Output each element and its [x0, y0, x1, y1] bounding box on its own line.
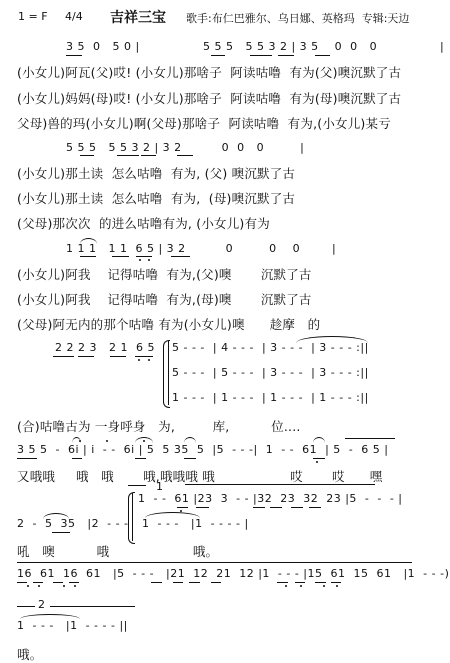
underline	[295, 582, 305, 583]
volta-2-bracket	[17, 606, 35, 607]
lyric-line: 又哦哦 哦 哦 哦,哦哦哦 哦 哎 哎 嘿	[17, 467, 382, 485]
underline	[52, 532, 70, 533]
underline	[80, 155, 94, 156]
underline	[211, 582, 221, 583]
notation-lead-4: 2 2 2 3 2 1 6 5	[55, 341, 155, 354]
slur-line	[345, 438, 395, 439]
notation-line-3: 1 1 1 1 1 6 5 | 3 2 0 0 0 |	[66, 242, 336, 255]
volta-2-label: 2	[38, 598, 46, 611]
underline	[270, 507, 282, 508]
volta-1-extension	[17, 562, 412, 563]
underline	[171, 256, 190, 257]
lyric-line: 哦。	[17, 645, 42, 663]
notation-line-8: 1 - - - |1 - - - - ||	[17, 619, 128, 632]
underline	[291, 507, 303, 508]
underline	[313, 458, 325, 459]
low-dot	[148, 259, 150, 261]
lyric-line-chorus: (合)咕噜古为 一身呼身 为, 库, 位....	[17, 417, 301, 435]
underline	[250, 55, 272, 56]
underline	[72, 458, 82, 459]
low-dot	[138, 359, 140, 361]
lyric-line: (小女儿)那土读 怎么咕噜 有为, (父) 噢沉默了古	[17, 164, 295, 182]
volta-1-bracket	[128, 485, 146, 486]
underline	[141, 155, 156, 156]
high-dot	[106, 440, 108, 442]
low-dot	[38, 585, 40, 587]
lyric-line: (小女儿)妈妈(母)哎! (小女儿)那啥子 阿读咕噜 有为(母)噢沉默了古	[17, 89, 401, 107]
lyric-line: (小女儿)那土读 怎么咕噜 有为, (母)噢沉默了古	[17, 189, 295, 207]
underline	[78, 356, 94, 357]
volta-2-bracket-line	[50, 606, 135, 607]
song-title: 吉祥三宝	[110, 7, 166, 27]
low-dot	[27, 585, 29, 587]
key-signature: 1 = F	[18, 10, 48, 23]
underline	[315, 582, 326, 583]
barline: |	[440, 40, 444, 53]
low-dot	[285, 585, 287, 587]
song-credits: 歌手:布仁巴雅尔、乌日娜、英格玛 专辑:天边	[186, 10, 409, 26]
low-dot	[148, 359, 150, 361]
underline	[66, 55, 82, 56]
underline	[110, 356, 126, 357]
underline	[196, 507, 209, 508]
underline	[315, 55, 330, 56]
staff-bracket-line	[132, 493, 133, 541]
low-dot	[63, 585, 65, 587]
underline	[17, 582, 27, 583]
lyric-line: (小女儿)阿我 记得咕噜 有为,(父)噢 沉默了古	[17, 265, 312, 283]
low-dot	[316, 461, 318, 463]
underline	[189, 582, 200, 583]
underline	[151, 582, 162, 583]
underline	[184, 458, 196, 459]
lyric-line: (父母)阿无内的那个咕噜 有为(小女儿)噢 趁摩 的	[17, 315, 320, 333]
underline	[135, 356, 153, 357]
notation-line-7: 16 61 16 61 |5 - - - |21 12 21 12 |1 - -…	[17, 567, 450, 580]
underline	[135, 458, 146, 459]
underline	[277, 582, 288, 583]
notation-line-1b: 5 5 5 5 5 3 2 | 3 5 0 0 0	[203, 40, 377, 53]
notation-line-1a: 3 5 0 5 0 |	[66, 40, 140, 53]
underline	[177, 155, 193, 156]
underline	[69, 582, 79, 583]
staff-line-1: 5 - - - | 4 - - - | 3 - - - | 3 - - - :|…	[172, 341, 369, 354]
underline	[173, 582, 183, 583]
lyric-line: (父母)那次次 的进么咕噜有为, (小女儿)有为	[17, 214, 270, 232]
underline	[53, 582, 63, 583]
low-dot	[336, 585, 338, 587]
staff-bracket-line	[168, 341, 169, 405]
low-dot	[139, 259, 141, 261]
low-dot	[74, 585, 76, 587]
underline	[211, 55, 225, 56]
notation-lower-6: 1 - - - |1 - - - - |	[142, 517, 249, 530]
underline	[177, 507, 188, 508]
underline	[112, 256, 129, 257]
underline	[17, 458, 37, 459]
underline	[53, 356, 74, 357]
underline	[331, 582, 341, 583]
high-dot	[79, 440, 81, 442]
underline	[136, 256, 152, 257]
underline	[278, 55, 294, 56]
lyric-line: (小女儿)阿瓦(父)哎! (小女儿)那啥子 阿读咕噜 有为(父)噢沉默了古	[17, 63, 401, 81]
low-dot	[300, 585, 302, 587]
notation-lead-6: 2 - 5 35 |2 - - -	[17, 517, 129, 530]
underline	[309, 507, 321, 508]
notation-upper-6: 1 - - 61 |23 3 - - |32 23 32 23 |5 - - -…	[138, 492, 403, 505]
high-dot	[143, 440, 145, 442]
lyric-line: 吼 噢 哦 哦。	[17, 542, 218, 560]
lyric-line: 父母)兽的玛(小女儿)啊(父母)那啥子 阿读咕噜 有为,(小女儿)某亏	[17, 114, 391, 132]
notation-line-5: 3 5 5 - 6i | i - - 6i | 5 5 35 5 |5 - - …	[17, 443, 388, 456]
lyric-line: (小女儿)阿我 记得咕噜 有为,(母)噢 沉默了古	[17, 290, 312, 308]
time-signature: 4/4	[65, 10, 83, 23]
underline	[33, 582, 43, 583]
staff-line-3: 1 - - - | 1 - - - | 1 - - - | 1 - - - :|…	[172, 391, 369, 404]
staff-line-2: 5 - - - | 5 - - - | 3 - - - | 3 - - - :|…	[172, 366, 369, 379]
slur-line	[185, 484, 375, 485]
tie-arc	[43, 513, 69, 519]
underline	[80, 256, 96, 257]
low-dot	[323, 585, 325, 587]
notation-line-2: 5 5 5 5 5 3 2 | 3 2 0 0 0 |	[66, 141, 304, 154]
underline	[253, 507, 265, 508]
underline	[117, 155, 139, 156]
